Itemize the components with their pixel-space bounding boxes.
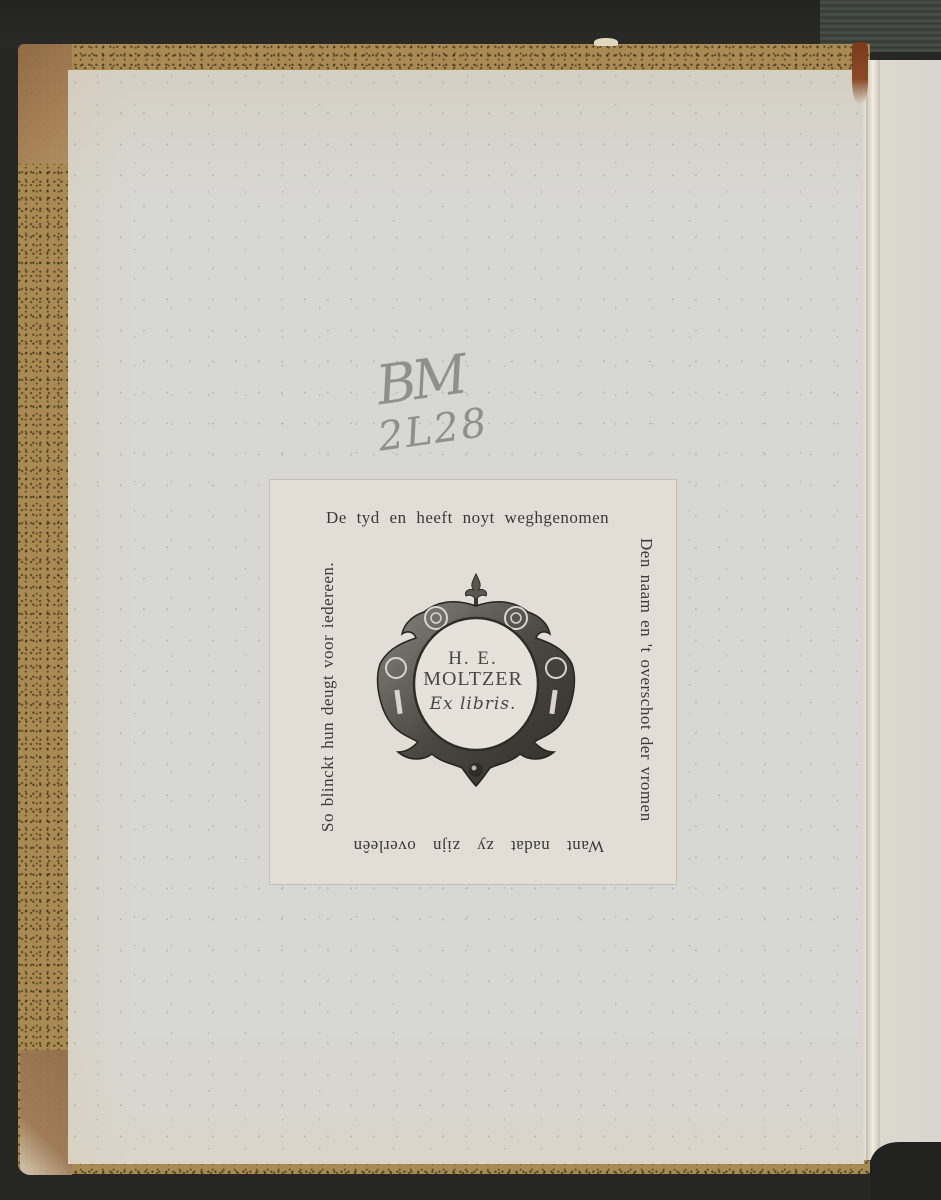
spine-stain bbox=[852, 42, 868, 104]
leather-corner-top-left bbox=[18, 44, 72, 164]
dark-background-top bbox=[0, 0, 941, 48]
dark-background-bottom-right bbox=[870, 1142, 941, 1200]
leather-corner-bottom-left bbox=[20, 1050, 72, 1175]
paper-nub bbox=[594, 38, 618, 46]
ex-libris-bookplate: De tyd en heeft noyt weghgenomen Den naa… bbox=[270, 480, 676, 884]
spine-crease bbox=[866, 60, 880, 1160]
ex-libris-label: Ex libris. bbox=[270, 694, 676, 714]
owner-initials: H. E. bbox=[270, 648, 676, 670]
motto-bottom: Want nadat zy zijn overleên bbox=[353, 836, 604, 856]
owner-name: MOLTZER bbox=[270, 668, 676, 691]
motto-top: De tyd en heeft noyt weghgenomen bbox=[326, 508, 609, 528]
pencil-shelfmark: BM 2L28 bbox=[365, 335, 530, 470]
